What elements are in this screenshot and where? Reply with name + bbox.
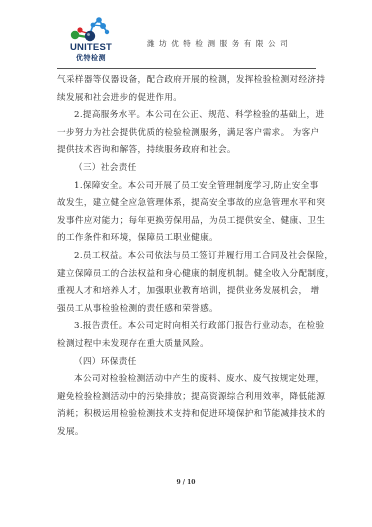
logo-brand-en: UNITEST	[63, 43, 119, 53]
logo-brand-cn: 优特检测	[63, 54, 119, 62]
text-line: 2.员工权益。本公司依法与员工签订并履行用工合同及社会保险，	[57, 248, 319, 266]
text-line: 2.提高服务水平。本公司在公正、规范、科学检验的基础上，进	[57, 107, 319, 125]
text-line: 3.报告责任。本公司定时向相关行政部门报告行业动态，在检验	[57, 318, 319, 336]
page-number: 9 / 10	[0, 479, 372, 486]
text-line: （三）社会责任	[57, 160, 319, 178]
text-line: 续发展和社会进步的促进作用。	[57, 90, 319, 108]
document-page: UNITEST 优特检测 潍坊优特检测服务有限公司 气采样器等仪器设备，配合政府…	[0, 0, 372, 527]
text-line: 提供技术咨询和解答，持续服务政府和社会。	[57, 142, 319, 160]
text-line: 建立保障员工的合法权益和身心健康的制度机制。健全收入分配制度，	[57, 266, 319, 284]
text-line: 1.保障安全。本公司开展了员工安全管理制度学习,防止安全事	[57, 178, 319, 196]
text-line: 一步努力为社会提供优质的检验检测服务，满足客户需求。 为客户	[57, 125, 319, 143]
company-logo: UNITEST 优特检测	[63, 16, 113, 64]
text-line: 气采样器等仪器设备，配合政府开展的检测，发挥检验检测对经济持	[57, 72, 319, 90]
document-body: 气采样器等仪器设备，配合政府开展的检测，发挥检验检测对经济持续发展和社会进步的促…	[57, 72, 319, 441]
company-name: 潍坊优特检测服务有限公司	[147, 38, 292, 49]
text-line: 强员工从事检验检测的责任感和荣誉感。	[57, 301, 319, 319]
text-line: 重视人才和培养人才，加强职业教育培训，提供业务发展机会， 增	[57, 283, 319, 301]
header-divider	[57, 68, 316, 69]
text-line: 消耗；积极运用检验检测技术支持和促进环境保护和节能减排技术的	[57, 406, 319, 424]
text-line: 发事件应对能力；每年更换劳保用品，为员工提供安全、健康、卫生	[57, 213, 319, 231]
text-line: 发展。	[57, 424, 319, 442]
text-line: （四）环保责任	[57, 354, 319, 372]
text-line: 的工作条件和环境，保障员工职业健康。	[57, 230, 319, 248]
text-line: 故发生，建立健全应急管理体系，提高安全事故的应急管理水平和突	[57, 195, 319, 213]
page-header: UNITEST 优特检测 潍坊优特检测服务有限公司	[57, 14, 316, 68]
text-line: 检测过程中未发现存在重大质量风险。	[57, 336, 319, 354]
text-line: 避免检验检测活动中的污染排放；提高资源综合利用效率，降低能源	[57, 389, 319, 407]
text-line: 本公司对检验检测活动中产生的废料、废水、废气按规定处理，	[57, 371, 319, 389]
